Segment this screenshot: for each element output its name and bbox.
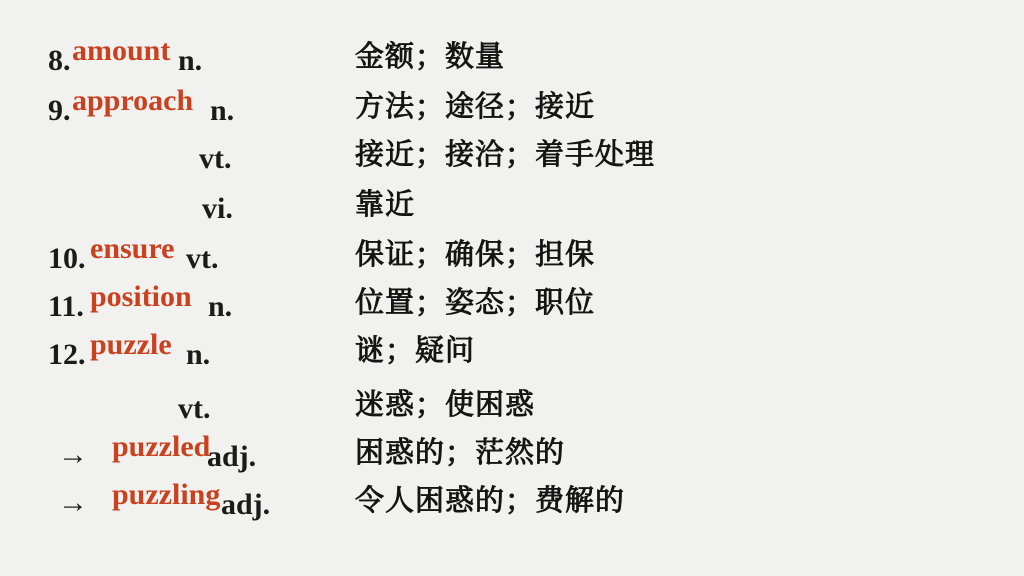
item-number: 9. <box>48 96 71 126</box>
headword: puzzle <box>90 330 172 360</box>
item-number: 11. <box>48 292 84 322</box>
pos-label: vt. <box>178 394 211 424</box>
derive-arrow-icon: → <box>58 440 88 470</box>
chinese-meaning: 位置；姿态；职位 <box>355 289 595 318</box>
pos-label: n. <box>178 46 202 76</box>
headword: amount <box>72 36 170 66</box>
item-number: 12. <box>48 340 86 370</box>
vocab-row-approach: 9. approach n. 方法；途径；接近 <box>0 86 1024 136</box>
chinese-meaning: 迷惑；使困惑 <box>355 391 535 420</box>
headword: position <box>90 282 192 312</box>
pos-label: vi. <box>202 194 233 224</box>
pos-label: n. <box>208 292 232 322</box>
chinese-meaning: 金额；数量 <box>355 43 505 72</box>
vocab-row-puzzled: → puzzled adj. 困惑的；茫然的 <box>0 432 1024 482</box>
pos-label: adj. <box>221 490 270 520</box>
pos-label: vt. <box>186 244 219 274</box>
vocab-row-ensure: 10. ensure vt. 保证；确保；担保 <box>0 234 1024 284</box>
item-number: 10. <box>48 244 86 274</box>
pos-label: n. <box>186 340 210 370</box>
chinese-meaning: 谜；疑问 <box>355 337 475 366</box>
pos-label: adj. <box>207 442 256 472</box>
chinese-meaning: 接近；接洽；着手处理 <box>355 141 655 170</box>
headword: approach <box>72 86 193 116</box>
vocab-row-puzzle: 12. puzzle n. 谜；疑问 <box>0 330 1024 380</box>
vocab-row-approach-vi: vi. 靠近 <box>0 184 1024 234</box>
vocab-row-position: 11. position n. 位置；姿态；职位 <box>0 282 1024 332</box>
pos-label: n. <box>210 96 234 126</box>
headword: ensure <box>90 234 174 264</box>
vocab-row-approach-vt: vt. 接近；接洽；着手处理 <box>0 134 1024 184</box>
vocab-row-puzzling: → puzzling adj. 令人困惑的；费解的 <box>0 480 1024 530</box>
chinese-meaning: 靠近 <box>355 191 415 220</box>
vocab-row-puzzle-vt: vt. 迷惑；使困惑 <box>0 384 1024 434</box>
vocabulary-slide: 8. amount n. 金额；数量 9. approach n. 方法；途径；… <box>0 0 1024 576</box>
chinese-meaning: 令人困惑的；费解的 <box>355 487 625 516</box>
chinese-meaning: 保证；确保；担保 <box>355 241 595 270</box>
headword: puzzling <box>112 480 220 510</box>
chinese-meaning: 方法；途径；接近 <box>355 93 595 122</box>
headword: puzzled <box>112 432 210 462</box>
pos-label: vt. <box>199 144 232 174</box>
chinese-meaning: 困惑的；茫然的 <box>355 439 565 468</box>
derive-arrow-icon: → <box>58 488 88 518</box>
item-number: 8. <box>48 46 71 76</box>
vocab-row-amount: 8. amount n. 金额；数量 <box>0 36 1024 86</box>
